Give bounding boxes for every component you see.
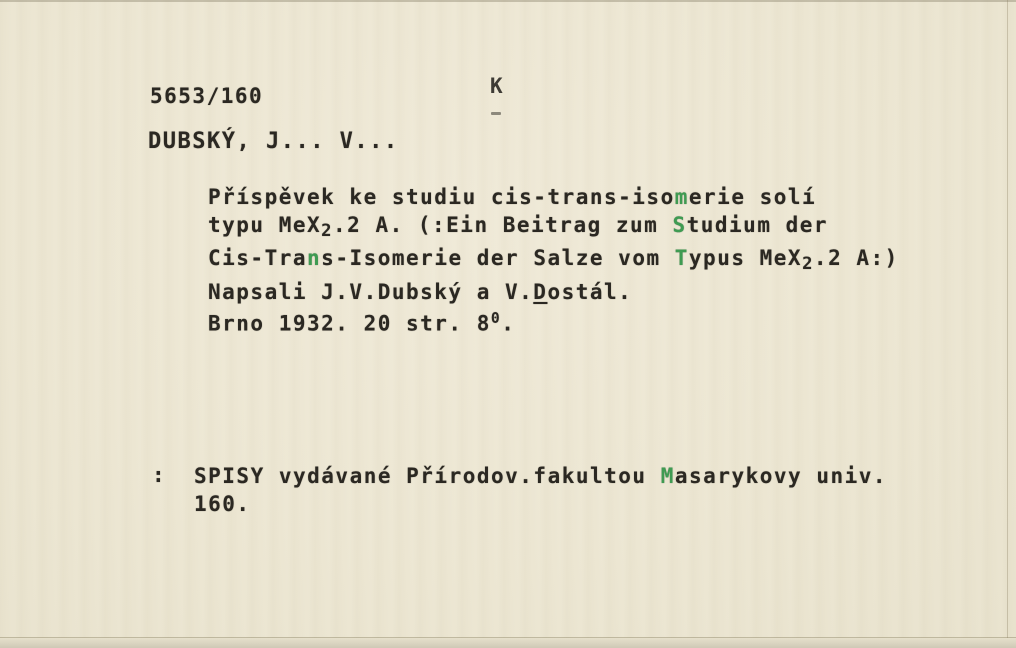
series-note: SPISY vydávané Přírodov.fakultou Masaryk… [194, 463, 887, 518]
series-number: 160. [194, 491, 887, 519]
title-line-3: Cis-Trans-Isomerie der Salze vom Typus M… [208, 245, 899, 279]
classification-letter: K [490, 74, 503, 98]
scan-edge-bottom-strip [0, 638, 1016, 648]
imprint-line: Brno 1932. 20 str. 80. [208, 310, 515, 335]
title-line-4: Napsali J.V.Dubský a V.Dostál. [208, 279, 899, 307]
series-colon: : [152, 463, 166, 487]
title-line-2: typu MeX2.2 A. (:Ein Beitrag zum Studium… [208, 212, 899, 246]
scan-edge-top [0, 0, 1016, 2]
title-block: Příspěvek ke studiu cis-trans-isomerie s… [208, 184, 899, 306]
title-line-1: Příspěvek ke studiu cis-trans-isomerie s… [208, 184, 899, 212]
call-number: 5653/160 [150, 84, 263, 108]
classification-underline-mark [491, 112, 501, 115]
card-edge-right [1007, 0, 1008, 648]
series-line: SPISY vydávané Přírodov.fakultou Masaryk… [194, 463, 887, 491]
catalog-card: 5653/160 K DUBSKÝ, J... V... Příspěvek k… [0, 0, 1016, 648]
author-heading: DUBSKÝ, J... V... [148, 129, 399, 154]
